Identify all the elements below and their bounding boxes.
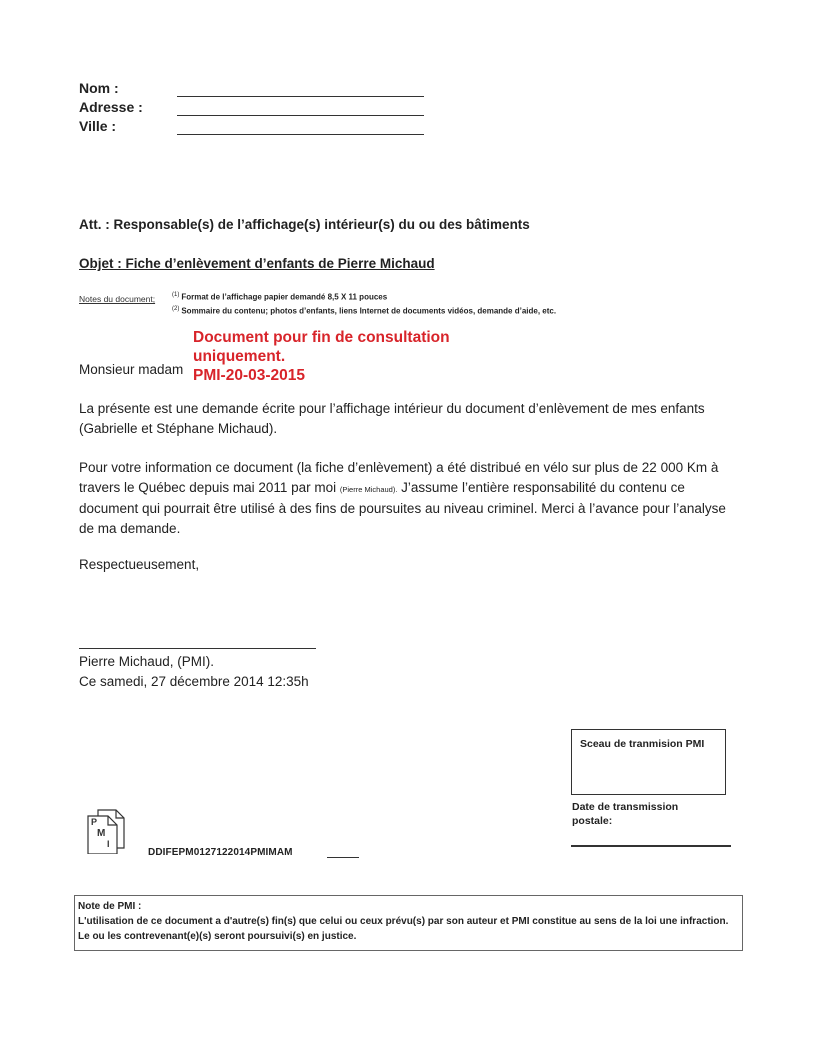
address-field-line[interactable] [177,115,424,116]
salutation: Monsieur madam [79,360,192,380]
transmission-seal-box: Sceau de tranmision PMI [571,729,726,795]
note-text: Format de l’affichage papier demandé 8,5… [181,293,387,302]
postal-date-line[interactable] [571,845,731,847]
logo-letter: M [97,828,105,839]
pmi-note-box: Note de PMI : L'utilisation de ce docume… [74,895,743,951]
note-text: Sommaire du contenu; photos d’enfants, l… [181,307,556,316]
city-field-line[interactable] [177,134,424,135]
signature-date: Ce samedi, 27 décembre 2014 12:35h [79,672,309,692]
closing: Respectueusement, [79,555,199,575]
pmi-note-title: Note de PMI : [78,899,738,914]
pmi-note-content: Note de PMI : L'utilisation de ce docume… [78,899,738,944]
signatory-name: Pierre Michaud, (PMI). [79,652,214,672]
logo-letter: I [107,839,110,849]
watermark-line: uniquement. [193,347,450,366]
reference-suffix-line[interactable] [327,857,359,858]
pmi-documents-icon: P M I [86,808,130,854]
author-note: (Pierre Michaud). [340,485,398,494]
logo-letter: P [91,817,97,827]
note-marker: (2) [172,306,179,312]
reference-code: DDIFEPM0127122014PMIMAM [148,847,293,858]
paragraph-request: La présente est une demande écrite pour … [79,399,719,438]
seal-label: Sceau de tranmision PMI [580,738,704,750]
note-item: (2)Sommaire du contenu; photos d’enfants… [172,306,556,316]
note-item: (1)Format de l’affichage papier demandé … [172,292,387,302]
city-label: Ville : [79,118,116,134]
note-marker: (1) [172,292,179,298]
consultation-watermark: Document pour fin de consultation unique… [193,328,450,385]
notes-label: Notes du document; [79,294,155,304]
subject-line: Objet : Fiche d’enlèvement d’enfants de … [79,256,435,271]
paragraph-information: Pour votre information ce document (la f… [79,458,729,538]
name-label: Nom : [79,80,119,96]
signature-line[interactable] [79,648,316,649]
address-label: Adresse : [79,99,143,115]
pmi-note-text: L'utilisation de ce document a d'autre(s… [78,914,738,944]
name-field-line[interactable] [177,96,424,97]
watermark-line: Document pour fin de consultation [193,328,450,347]
postal-date-label: Date de transmission postale: [572,800,712,828]
attention-line: Att. : Responsable(s) de l’affichage(s) … [79,217,530,232]
watermark-line: PMI-20-03-2015 [193,366,450,385]
